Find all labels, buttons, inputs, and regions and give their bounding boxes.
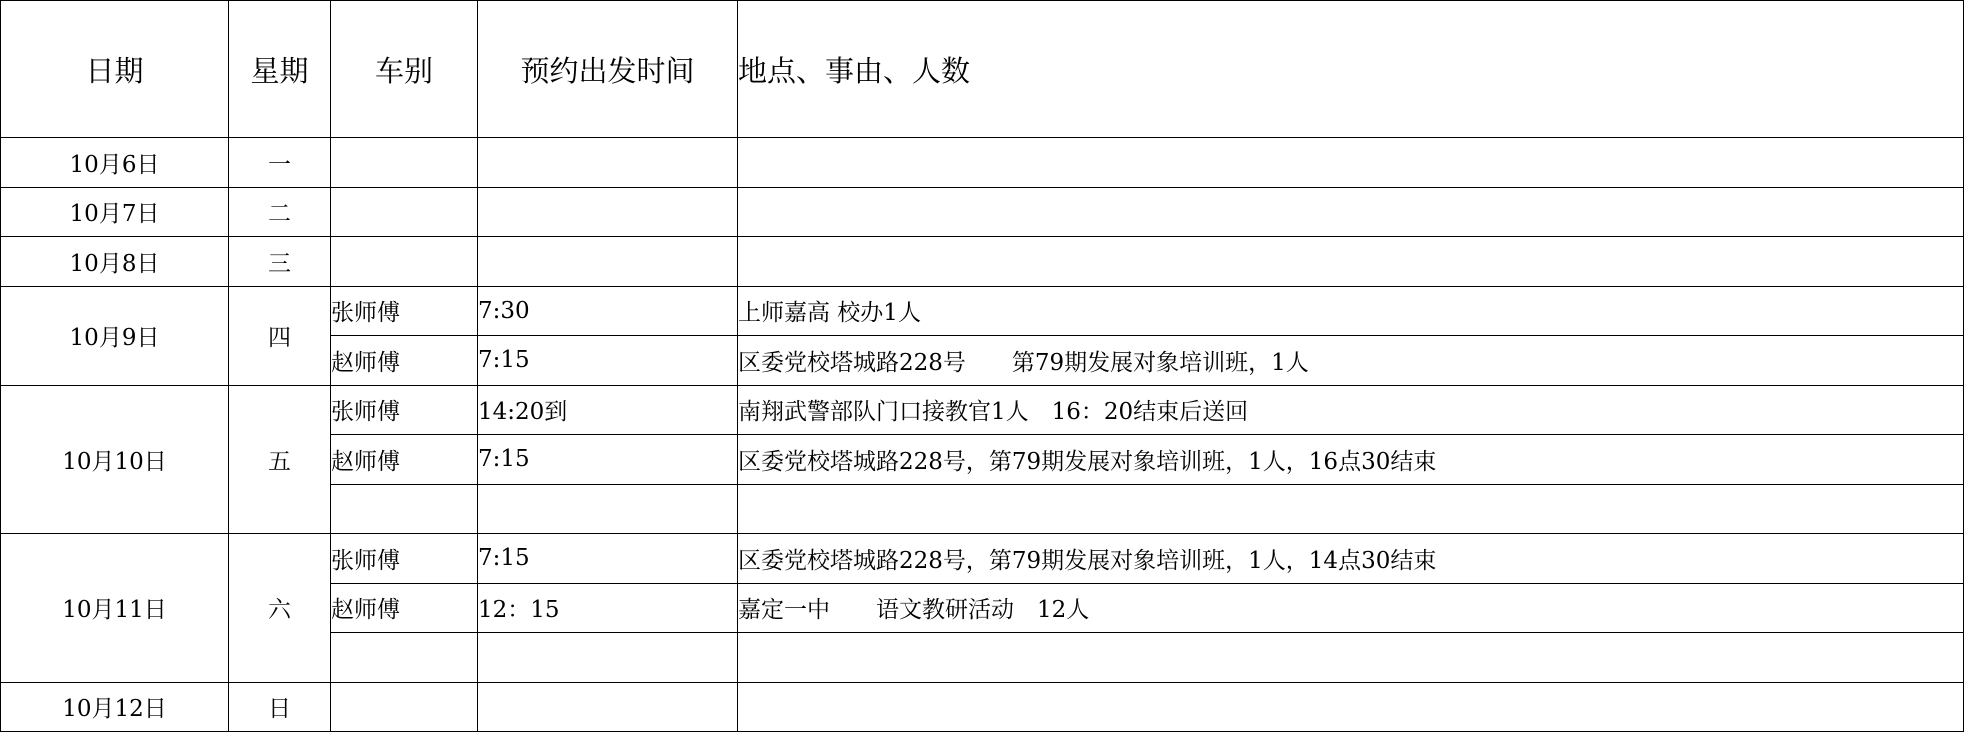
driver-cell[interactable] bbox=[331, 682, 478, 732]
header-date: 日期 bbox=[1, 1, 229, 138]
details-cell[interactable]: 区委党校塔城路228号，第79期发展对象培训班，1人，16点30结束 bbox=[738, 435, 1964, 485]
details-cell[interactable]: 区委党校塔城路228号，第79期发展对象培训班，1人，14点30结束 bbox=[738, 534, 1964, 584]
table-row: 10月9日 四 张师傅 7:30 上师嘉高 校办1人 bbox=[1, 286, 1964, 336]
weekday-cell[interactable]: 日 bbox=[229, 682, 331, 732]
time-cell[interactable] bbox=[478, 237, 738, 287]
date-cell[interactable]: 10月12日 bbox=[1, 682, 229, 732]
time-cell[interactable] bbox=[478, 187, 738, 237]
time-cell[interactable] bbox=[478, 633, 738, 683]
time-cell[interactable] bbox=[478, 138, 738, 188]
table-row: 10月7日 二 bbox=[1, 187, 1964, 237]
details-cell[interactable] bbox=[738, 138, 1964, 188]
weekday-cell[interactable]: 四 bbox=[229, 286, 331, 385]
time-cell[interactable]: 7:15 bbox=[478, 435, 738, 485]
driver-cell[interactable]: 张师傅 bbox=[331, 534, 478, 584]
header-vehicle: 车别 bbox=[331, 1, 478, 138]
time-cell[interactable] bbox=[478, 484, 738, 534]
details-cell[interactable]: 嘉定一中 语文教研活动 12人 bbox=[738, 583, 1964, 633]
date-cell[interactable]: 10月11日 bbox=[1, 534, 229, 683]
time-cell[interactable]: 7:30 bbox=[478, 286, 738, 336]
driver-cell[interactable] bbox=[331, 633, 478, 683]
time-cell[interactable]: 12：15 bbox=[478, 583, 738, 633]
date-cell[interactable]: 10月10日 bbox=[1, 385, 229, 534]
time-cell[interactable]: 7:15 bbox=[478, 534, 738, 584]
driver-cell[interactable] bbox=[331, 187, 478, 237]
table-row: 10月11日 六 张师傅 7:15 区委党校塔城路228号，第79期发展对象培训… bbox=[1, 534, 1964, 584]
header-row: 日期 星期 车别 预约出发时间 地点、事由、人数 bbox=[1, 1, 1964, 138]
table-row: 10月10日 五 张师傅 14:20到 南翔武警部队门口接教官1人 16：20结… bbox=[1, 385, 1964, 435]
driver-cell[interactable]: 赵师傅 bbox=[331, 336, 478, 386]
driver-cell[interactable] bbox=[331, 484, 478, 534]
date-cell[interactable]: 10月6日 bbox=[1, 138, 229, 188]
weekday-cell[interactable]: 二 bbox=[229, 187, 331, 237]
header-depart-time: 预约出发时间 bbox=[478, 1, 738, 138]
vehicle-schedule-table: 日期 星期 车别 预约出发时间 地点、事由、人数 10月6日 一 10月7日 二… bbox=[0, 0, 1964, 732]
details-cell[interactable]: 上师嘉高 校办1人 bbox=[738, 286, 1964, 336]
driver-cell[interactable] bbox=[331, 138, 478, 188]
details-cell[interactable] bbox=[738, 682, 1964, 732]
details-cell[interactable] bbox=[738, 633, 1964, 683]
weekday-cell[interactable]: 六 bbox=[229, 534, 331, 683]
table-row: 10月6日 一 bbox=[1, 138, 1964, 188]
details-cell[interactable] bbox=[738, 237, 1964, 287]
driver-cell[interactable]: 张师傅 bbox=[331, 286, 478, 336]
weekday-cell[interactable]: 三 bbox=[229, 237, 331, 287]
time-cell[interactable] bbox=[478, 682, 738, 732]
header-weekday: 星期 bbox=[229, 1, 331, 138]
header-details: 地点、事由、人数 bbox=[738, 1, 1964, 138]
time-cell[interactable]: 14:20到 bbox=[478, 385, 738, 435]
date-cell[interactable]: 10月8日 bbox=[1, 237, 229, 287]
driver-cell[interactable] bbox=[331, 237, 478, 287]
details-cell[interactable]: 区委党校塔城路228号 第79期发展对象培训班，1人 bbox=[738, 336, 1964, 386]
details-cell[interactable] bbox=[738, 187, 1964, 237]
driver-cell[interactable]: 赵师傅 bbox=[331, 435, 478, 485]
table-row: 10月8日 三 bbox=[1, 237, 1964, 287]
weekday-cell[interactable]: 五 bbox=[229, 385, 331, 534]
date-cell[interactable]: 10月7日 bbox=[1, 187, 229, 237]
weekday-cell[interactable]: 一 bbox=[229, 138, 331, 188]
time-cell[interactable]: 7:15 bbox=[478, 336, 738, 386]
date-cell[interactable]: 10月9日 bbox=[1, 286, 229, 385]
table-row: 10月12日 日 bbox=[1, 682, 1964, 732]
driver-cell[interactable]: 张师傅 bbox=[331, 385, 478, 435]
driver-cell[interactable]: 赵师傅 bbox=[331, 583, 478, 633]
details-cell[interactable]: 南翔武警部队门口接教官1人 16：20结束后送回 bbox=[738, 385, 1964, 435]
details-cell[interactable] bbox=[738, 484, 1964, 534]
